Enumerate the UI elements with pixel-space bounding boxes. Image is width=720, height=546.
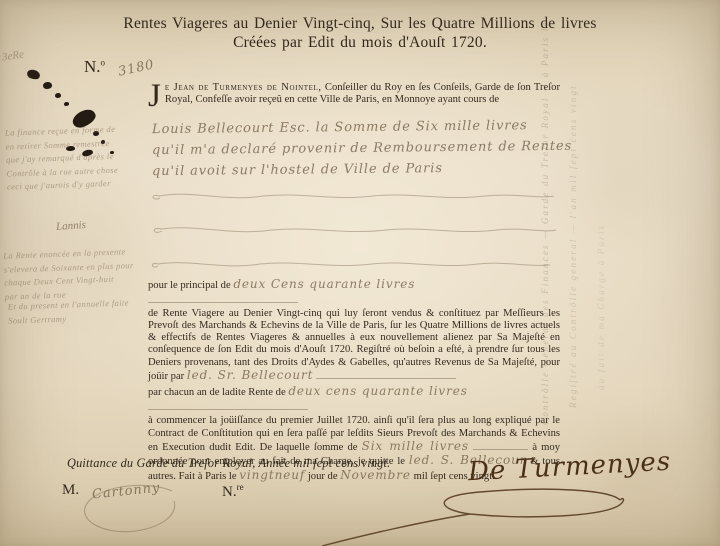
fill-rule — [316, 370, 456, 379]
filler-squiggle — [148, 224, 560, 238]
bleed-through-text: Contrôlle General des Finances — Garde d… — [540, 20, 550, 425]
notary-n-label: N.re — [222, 482, 244, 501]
annual-rente-line: par chacun an de ladite Rente de deux ce… — [148, 385, 560, 415]
serial-number-label: N.o — [84, 57, 105, 77]
principal-line: pour le principal de deux Cens quarante … — [148, 278, 560, 308]
issuer-name: e Jean de Turmenyes de Nointel, — [165, 82, 322, 93]
document-scan: Rentes Viageres au Denier Vingt-cinq, Su… — [0, 0, 720, 546]
notary-flourish-oval — [74, 477, 194, 539]
principal-amount-fill: deux Cens quarante livres — [233, 277, 415, 291]
fill-rule — [148, 294, 298, 303]
paragraph-text: jour de — [308, 471, 338, 482]
rente-label: par chacun an de ladite Rente de — [148, 387, 286, 398]
handwritten-hotel-line: qu'il avoit sur l'hostel de Ville de Par… — [152, 156, 560, 181]
margin-annotation: Et du present en l'annuelle faite Soult … — [8, 295, 159, 327]
filler-squiggle — [148, 258, 560, 272]
corner-mark: 3eRe — [1, 49, 24, 64]
title-line-2: Créées par Edit du mois d'Aouſt 1720. — [0, 33, 720, 52]
fill-rule — [148, 401, 308, 410]
bleed-through-text: au fait de ma Charge à Paris — [596, 224, 606, 390]
ink-blot — [55, 93, 61, 98]
main-text-column: Je Jean de Turmenyes de Nointel, Conſeil… — [148, 82, 560, 483]
margin-annotation: La finance reçue en forme de en retirer … — [5, 121, 157, 194]
ink-blot — [26, 68, 41, 81]
rente-amount-fill: deux cens quarante livres — [288, 384, 468, 398]
bleed-through-text: Regiſtré au Contrôlle general — l'an mil… — [568, 84, 578, 408]
somme-fill: Six mille livres — [362, 439, 469, 453]
quittance-line: Quittance du Garde du Treſor Royal, Anné… — [67, 456, 390, 471]
ink-blot — [64, 102, 69, 106]
principal-label: pour le principal de — [148, 280, 231, 291]
document-title: Rentes Viageres au Denier Vingt-cinq, Su… — [0, 14, 720, 52]
fill-rule — [473, 441, 528, 450]
dropcap: J — [148, 82, 161, 108]
jouir-beneficiary-fill: led. Sr. Bellecourt — [187, 368, 314, 382]
margin-word: Lannis — [56, 219, 87, 233]
signature-flourish — [320, 484, 650, 546]
ink-blot — [43, 82, 52, 89]
serial-number-value: 3180 — [117, 58, 156, 78]
title-line-1: Rentes Viageres au Denier Vingt-cinq, Su… — [0, 14, 720, 33]
margin-annotation: La Rente enoncée en la presente s'elever… — [3, 244, 155, 303]
intro-paragraph: Je Jean de Turmenyes de Nointel, Conſeil… — [148, 82, 560, 107]
filler-squiggle — [148, 190, 560, 204]
rente-paragraph: de Rente Viagere au Denier Vingt-cinq qu… — [148, 308, 560, 384]
